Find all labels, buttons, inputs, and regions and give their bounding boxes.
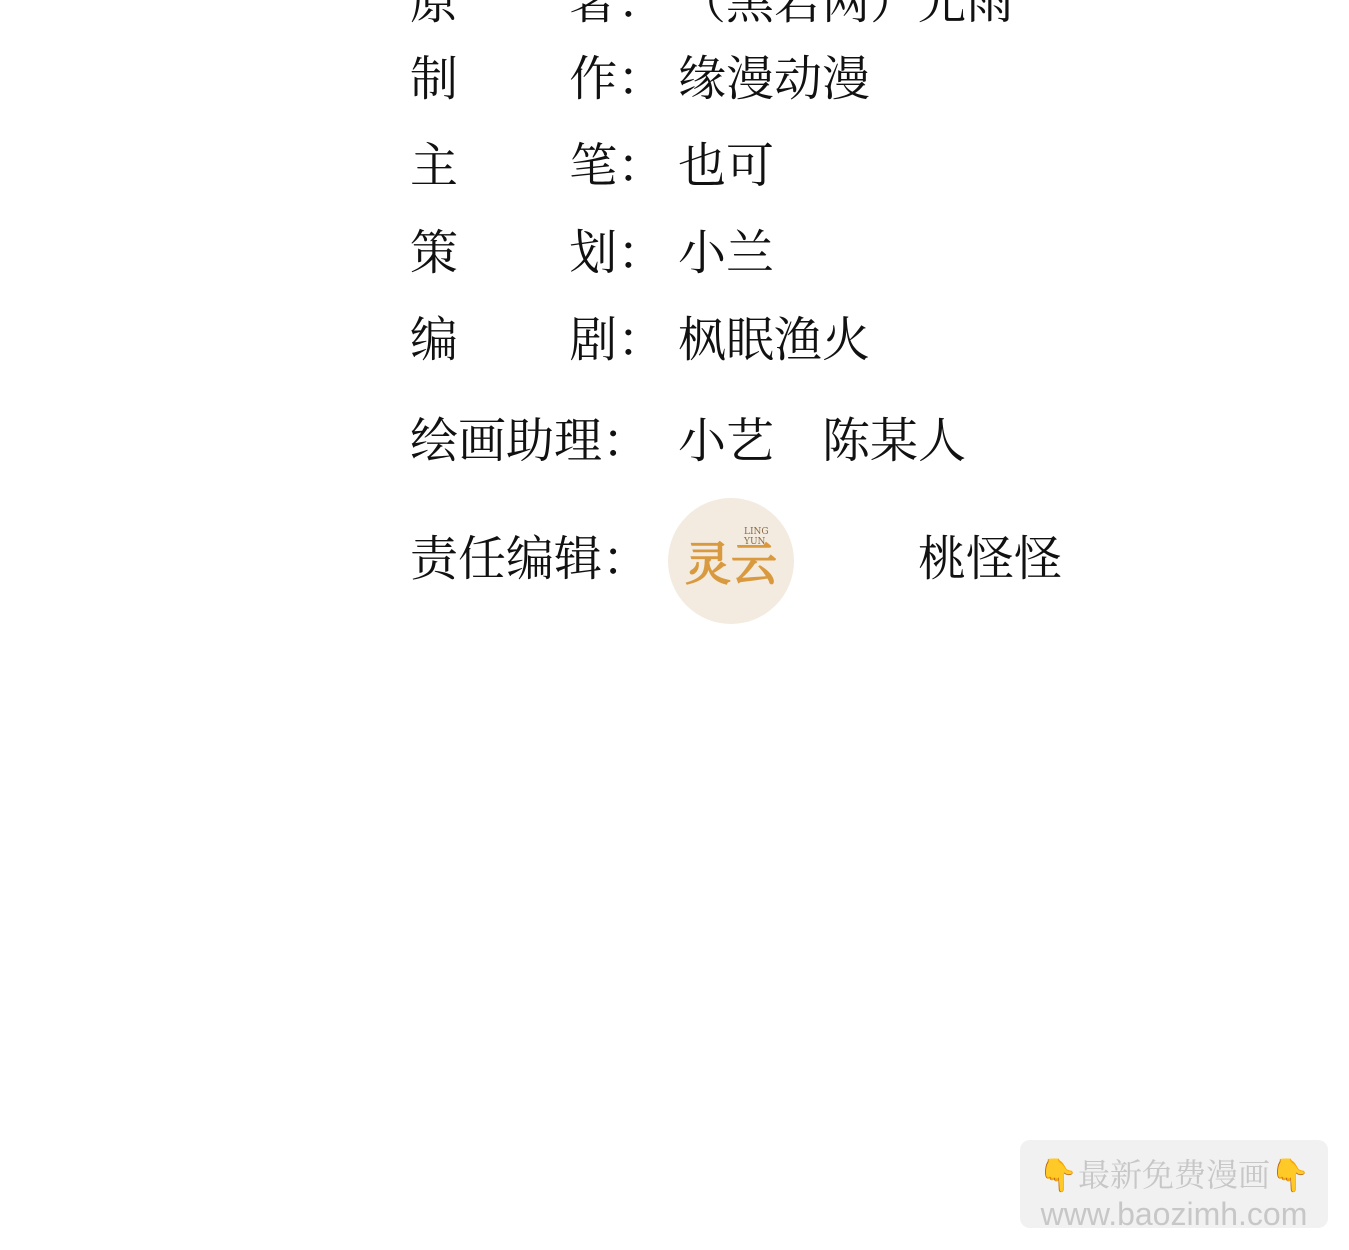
watermark-url[interactable]: www.baozimh.com — [1020, 1196, 1328, 1233]
credit-label: 编 剧： — [410, 316, 678, 364]
credit-label: 策 划： — [410, 229, 678, 277]
credit-art-assistant: 绘画助理： 小艺 陈某人 — [410, 417, 966, 465]
credit-planning: 策 划： 小兰 — [410, 229, 774, 277]
watermark-text: 最新免费漫画 — [1078, 1156, 1270, 1194]
credit-value: 也可 — [678, 142, 774, 190]
credit-label: 制 作： — [410, 55, 678, 103]
logo-latin-line: YUN — [744, 538, 769, 548]
credit-lead-artist: 主 笔： 也可 — [410, 142, 774, 190]
watermark-badge[interactable]: 👇最新免费漫画👇 www.baozimh.com — [1020, 1140, 1328, 1228]
credit-label: 责任编辑： — [410, 535, 678, 583]
logo-latin: LING YUN — [744, 528, 769, 548]
credit-value: 缘漫动漫 — [678, 55, 870, 103]
credit-value: （黑岩网）光雨 — [678, 0, 1014, 26]
pointing-down-icon: 👇 — [1038, 1156, 1078, 1194]
watermark-line1: 👇最新免费漫画👇 — [1020, 1150, 1328, 1196]
credit-value: 小兰 — [678, 229, 774, 277]
credit-screenwriter: 编 剧： 枫眠渔火 — [410, 316, 870, 364]
pointing-down-icon: 👇 — [1270, 1156, 1310, 1194]
credit-original-author: 原 著： （黑岩网）光雨 — [410, 0, 1014, 26]
credit-value: 枫眠渔火 — [678, 316, 870, 364]
credit-label: 原 著： — [410, 0, 678, 26]
credit-label: 主 笔： — [410, 142, 678, 190]
lingyun-logo: 灵云 LING YUN — [668, 498, 794, 624]
credit-label: 绘画助理： — [410, 417, 678, 465]
credit-value: 小艺 陈某人 — [678, 417, 966, 465]
credit-production: 制 作： 缘漫动漫 — [410, 55, 870, 103]
